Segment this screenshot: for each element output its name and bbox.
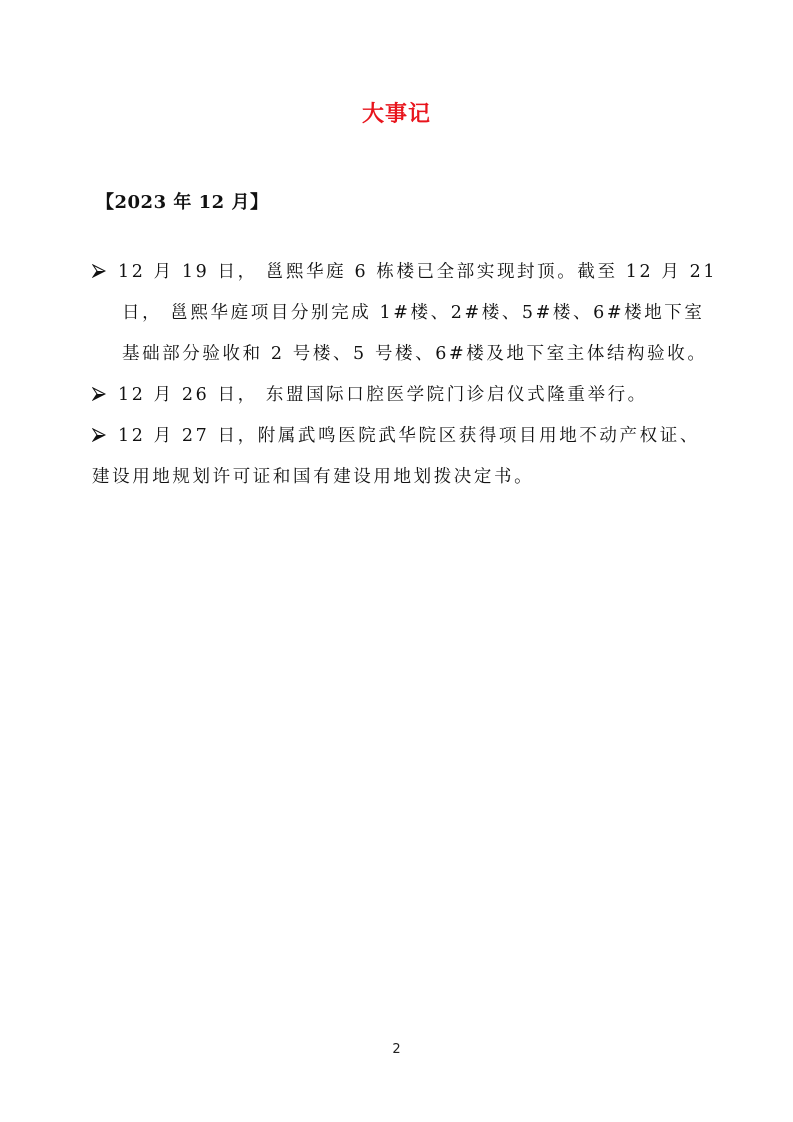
event-line: 日， 邕熙华庭项目分别完成 1#楼、2#楼、5#楼、6#楼地下室 [92, 293, 712, 334]
event-list: 12 月 19 日， 邕熙华庭 6 栋楼已全部实现封顶。截至 12 月 21 日… [92, 252, 712, 498]
event-text: 12 月 27 日，附属武鸣医院武华院区获得项目用地不动产权证、 [118, 426, 700, 446]
event-line: 建设用地规划许可证和国有建设用地划拨决定书。 [92, 457, 712, 498]
event-line: 12 月 27 日，附属武鸣医院武华院区获得项目用地不动产权证、 [92, 416, 712, 457]
event-entry: 12 月 26 日， 东盟国际口腔医学院门诊启仪式隆重举行。 [92, 375, 712, 416]
page-number: 2 [0, 1042, 793, 1057]
event-line: 基础部分验收和 2 号楼、5 号楼、6#楼及地下室主体结构验收。 [92, 334, 712, 375]
event-text: 12 月 26 日， 东盟国际口腔医学院门诊启仪式隆重举行。 [118, 385, 648, 405]
page-title: 大事记 [0, 100, 793, 130]
section-heading-date: 【2023 年 12 月】 [96, 190, 268, 216]
event-line: 12 月 19 日， 邕熙华庭 6 栋楼已全部实现封顶。截至 12 月 21 [92, 252, 712, 293]
event-entry: 12 月 19 日， 邕熙华庭 6 栋楼已全部实现封顶。截至 12 月 21 日… [92, 252, 712, 375]
arrow-bullet-icon [92, 387, 106, 401]
arrow-bullet-icon [92, 428, 106, 442]
event-line: 12 月 26 日， 东盟国际口腔医学院门诊启仪式隆重举行。 [92, 375, 712, 416]
arrow-bullet-icon [92, 264, 106, 278]
event-text: 12 月 19 日， 邕熙华庭 6 栋楼已全部实现封顶。截至 12 月 21 [118, 262, 717, 282]
event-entry: 12 月 27 日，附属武鸣医院武华院区获得项目用地不动产权证、 建设用地规划许… [92, 416, 712, 498]
